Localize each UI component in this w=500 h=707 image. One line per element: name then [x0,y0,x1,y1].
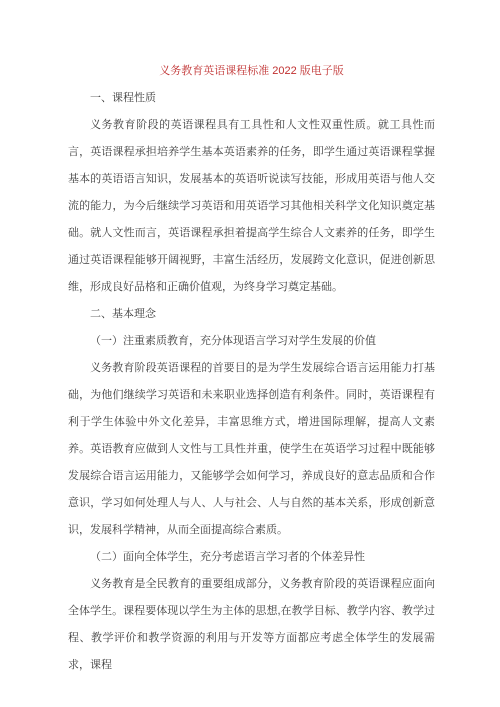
subsection-heading-2-2: （二）面向全体学生，充分考虑语言学习者的个体差异性 [68,544,435,571]
paragraph-all-students: 义务教育是全民教育的重要组成部分，义务教育阶段的英语课程应面向全体学生。课程要体… [68,571,435,679]
paragraph-quality-education: 义务教育阶段英语课程的首要目的是为学生发展综合语言运用能力打基础，为他们继续学习… [68,355,435,544]
paragraph-course-nature: 义务教育阶段的英语课程具有工具性和人文性双重性质。就工具性而言，英语课程承担培养… [68,112,435,301]
section-heading-2: 二、基本理念 [68,301,435,328]
doc-title: 义务教育英语课程标准 2022 版电子版 [68,58,435,85]
document-page: 义务教育英语课程标准 2022 版电子版 一、课程性质 义务教育阶段的英语课程具… [0,0,500,707]
section-heading-1: 一、课程性质 [68,85,435,112]
subsection-heading-2-1: （一）注重素质教育，充分体现语言学习对学生发展的价值 [68,328,435,355]
